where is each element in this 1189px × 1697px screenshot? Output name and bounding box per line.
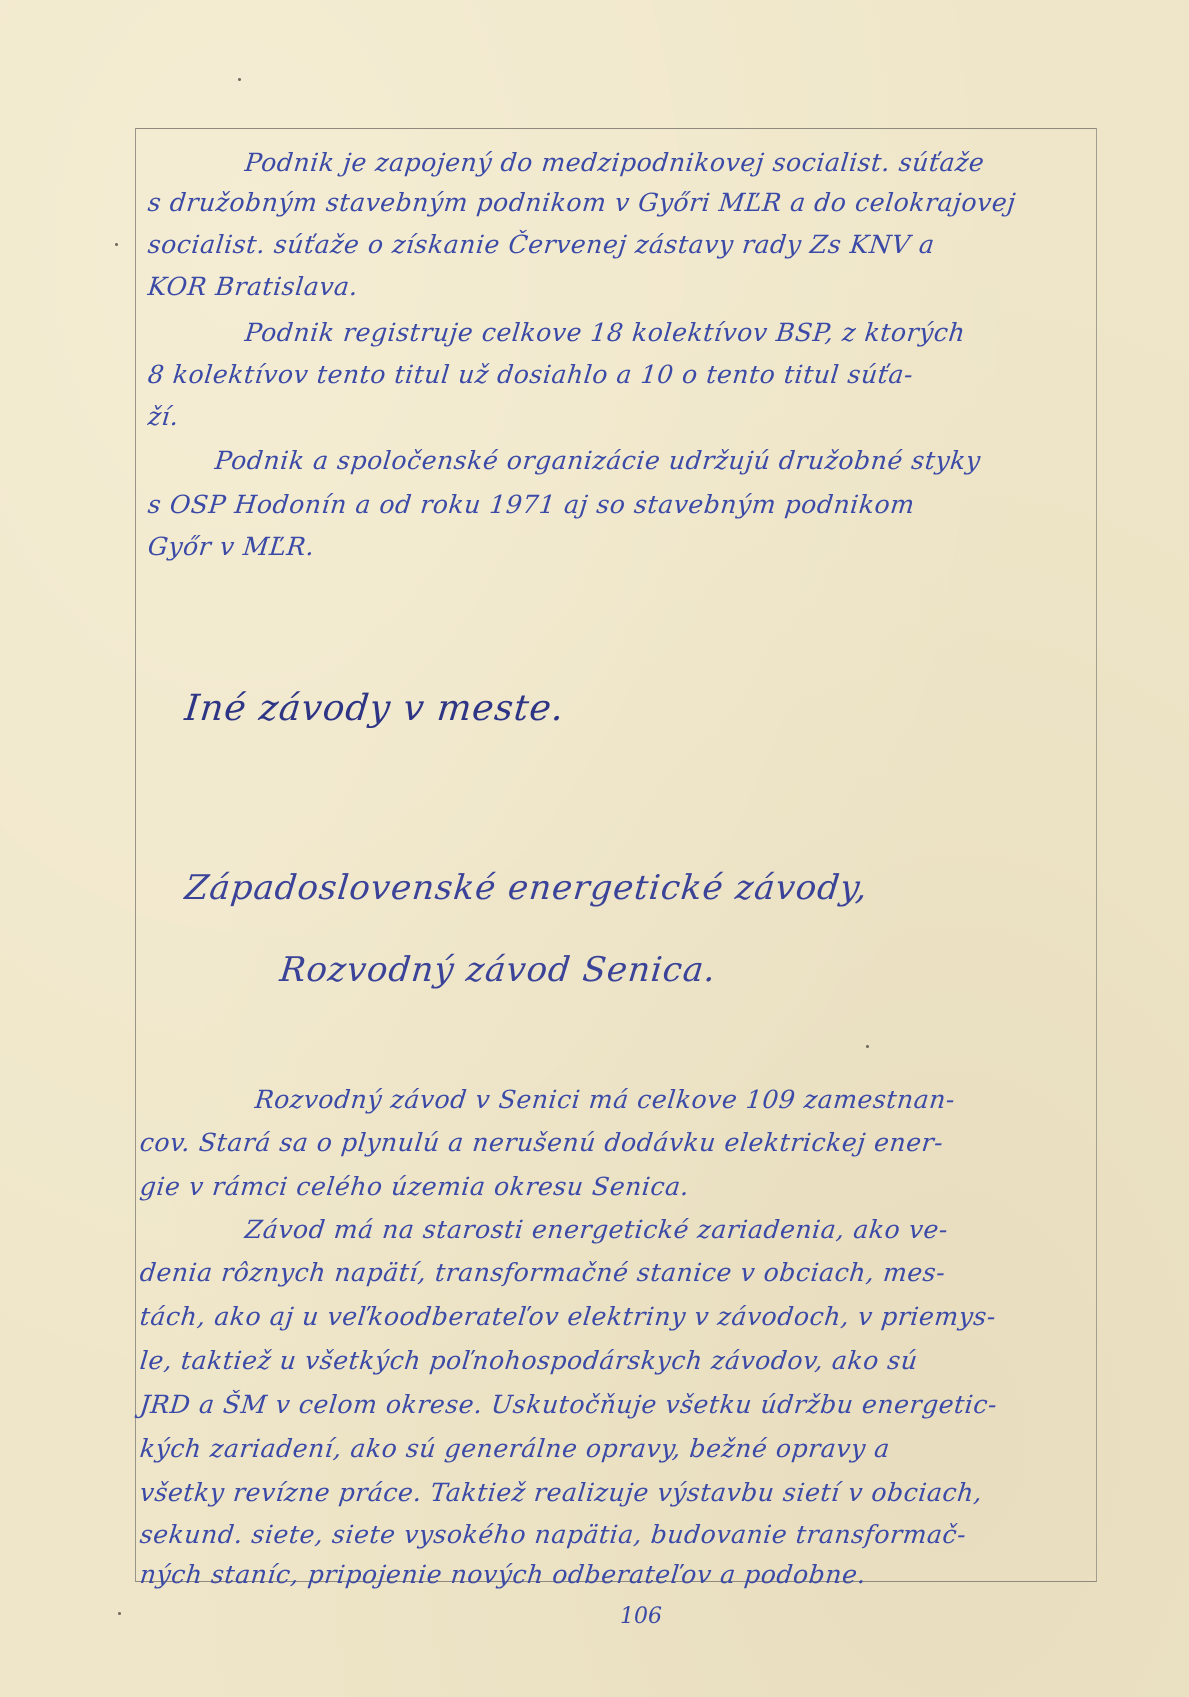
text-line: socialist. súťaže o získanie Červenej zá… bbox=[146, 230, 936, 259]
subheading-line-1: Západoslovenské energetické závody, bbox=[183, 868, 870, 908]
page-number: 106 bbox=[620, 1604, 662, 1629]
text-line: sekund. siete, siete vysokého napätia, b… bbox=[138, 1520, 967, 1549]
text-line: KOR Bratislava. bbox=[146, 272, 359, 301]
text-line: denia rôznych napätí, transformačné stan… bbox=[138, 1258, 946, 1287]
text-line: ží. bbox=[146, 402, 180, 431]
text-line: JRD a ŠM v celom okrese. Uskutočňuje vše… bbox=[138, 1390, 998, 1419]
text-line: s družobným stavebným podnikom v Győri M… bbox=[146, 188, 1017, 217]
text-line: všetky revízne práce. Taktiež realizuje … bbox=[138, 1478, 984, 1507]
text-line: tách, ako aj u veľkoodberateľov elektrin… bbox=[138, 1302, 997, 1331]
scan-speck bbox=[238, 78, 241, 81]
scan-speck bbox=[866, 1045, 869, 1048]
text-line: Győr v MĽR. bbox=[146, 532, 316, 561]
text-line: 8 kolektívov tento titul už dosiahlo a 1… bbox=[146, 360, 914, 389]
subheading-line-2: Rozvodný závod Senica. bbox=[278, 950, 718, 990]
text-line: ných staníc, pripojenie nových odberateľ… bbox=[138, 1560, 867, 1589]
scan-speck bbox=[118, 1612, 121, 1615]
text-line: le, taktiež u všetkých poľnohospodárskyc… bbox=[138, 1346, 919, 1375]
scan-speck bbox=[115, 243, 118, 246]
text-line: Podnik je zapojený do medzipodnikovej so… bbox=[243, 148, 985, 177]
text-line: s OSP Hodonín a od roku 1971 aj so stave… bbox=[146, 490, 916, 519]
section-heading: Iné závody v meste. bbox=[183, 688, 567, 729]
text-line: kých zariadení, ako sú generálne opravy,… bbox=[138, 1434, 891, 1463]
text-line: Rozvodný závod v Senici má celkove 109 z… bbox=[253, 1085, 956, 1114]
text-line: cov. Stará sa o plynulú a nerušenú dodáv… bbox=[138, 1128, 944, 1157]
text-line: Podnik a spoločenské organizácie udržujú… bbox=[213, 446, 982, 475]
text-line: Podnik registruje celkove 18 kolektívov … bbox=[243, 318, 966, 347]
text-line: gie v rámci celého územia okresu Senica. bbox=[138, 1172, 690, 1201]
text-line: Závod má na starosti energetické zariade… bbox=[243, 1215, 949, 1244]
